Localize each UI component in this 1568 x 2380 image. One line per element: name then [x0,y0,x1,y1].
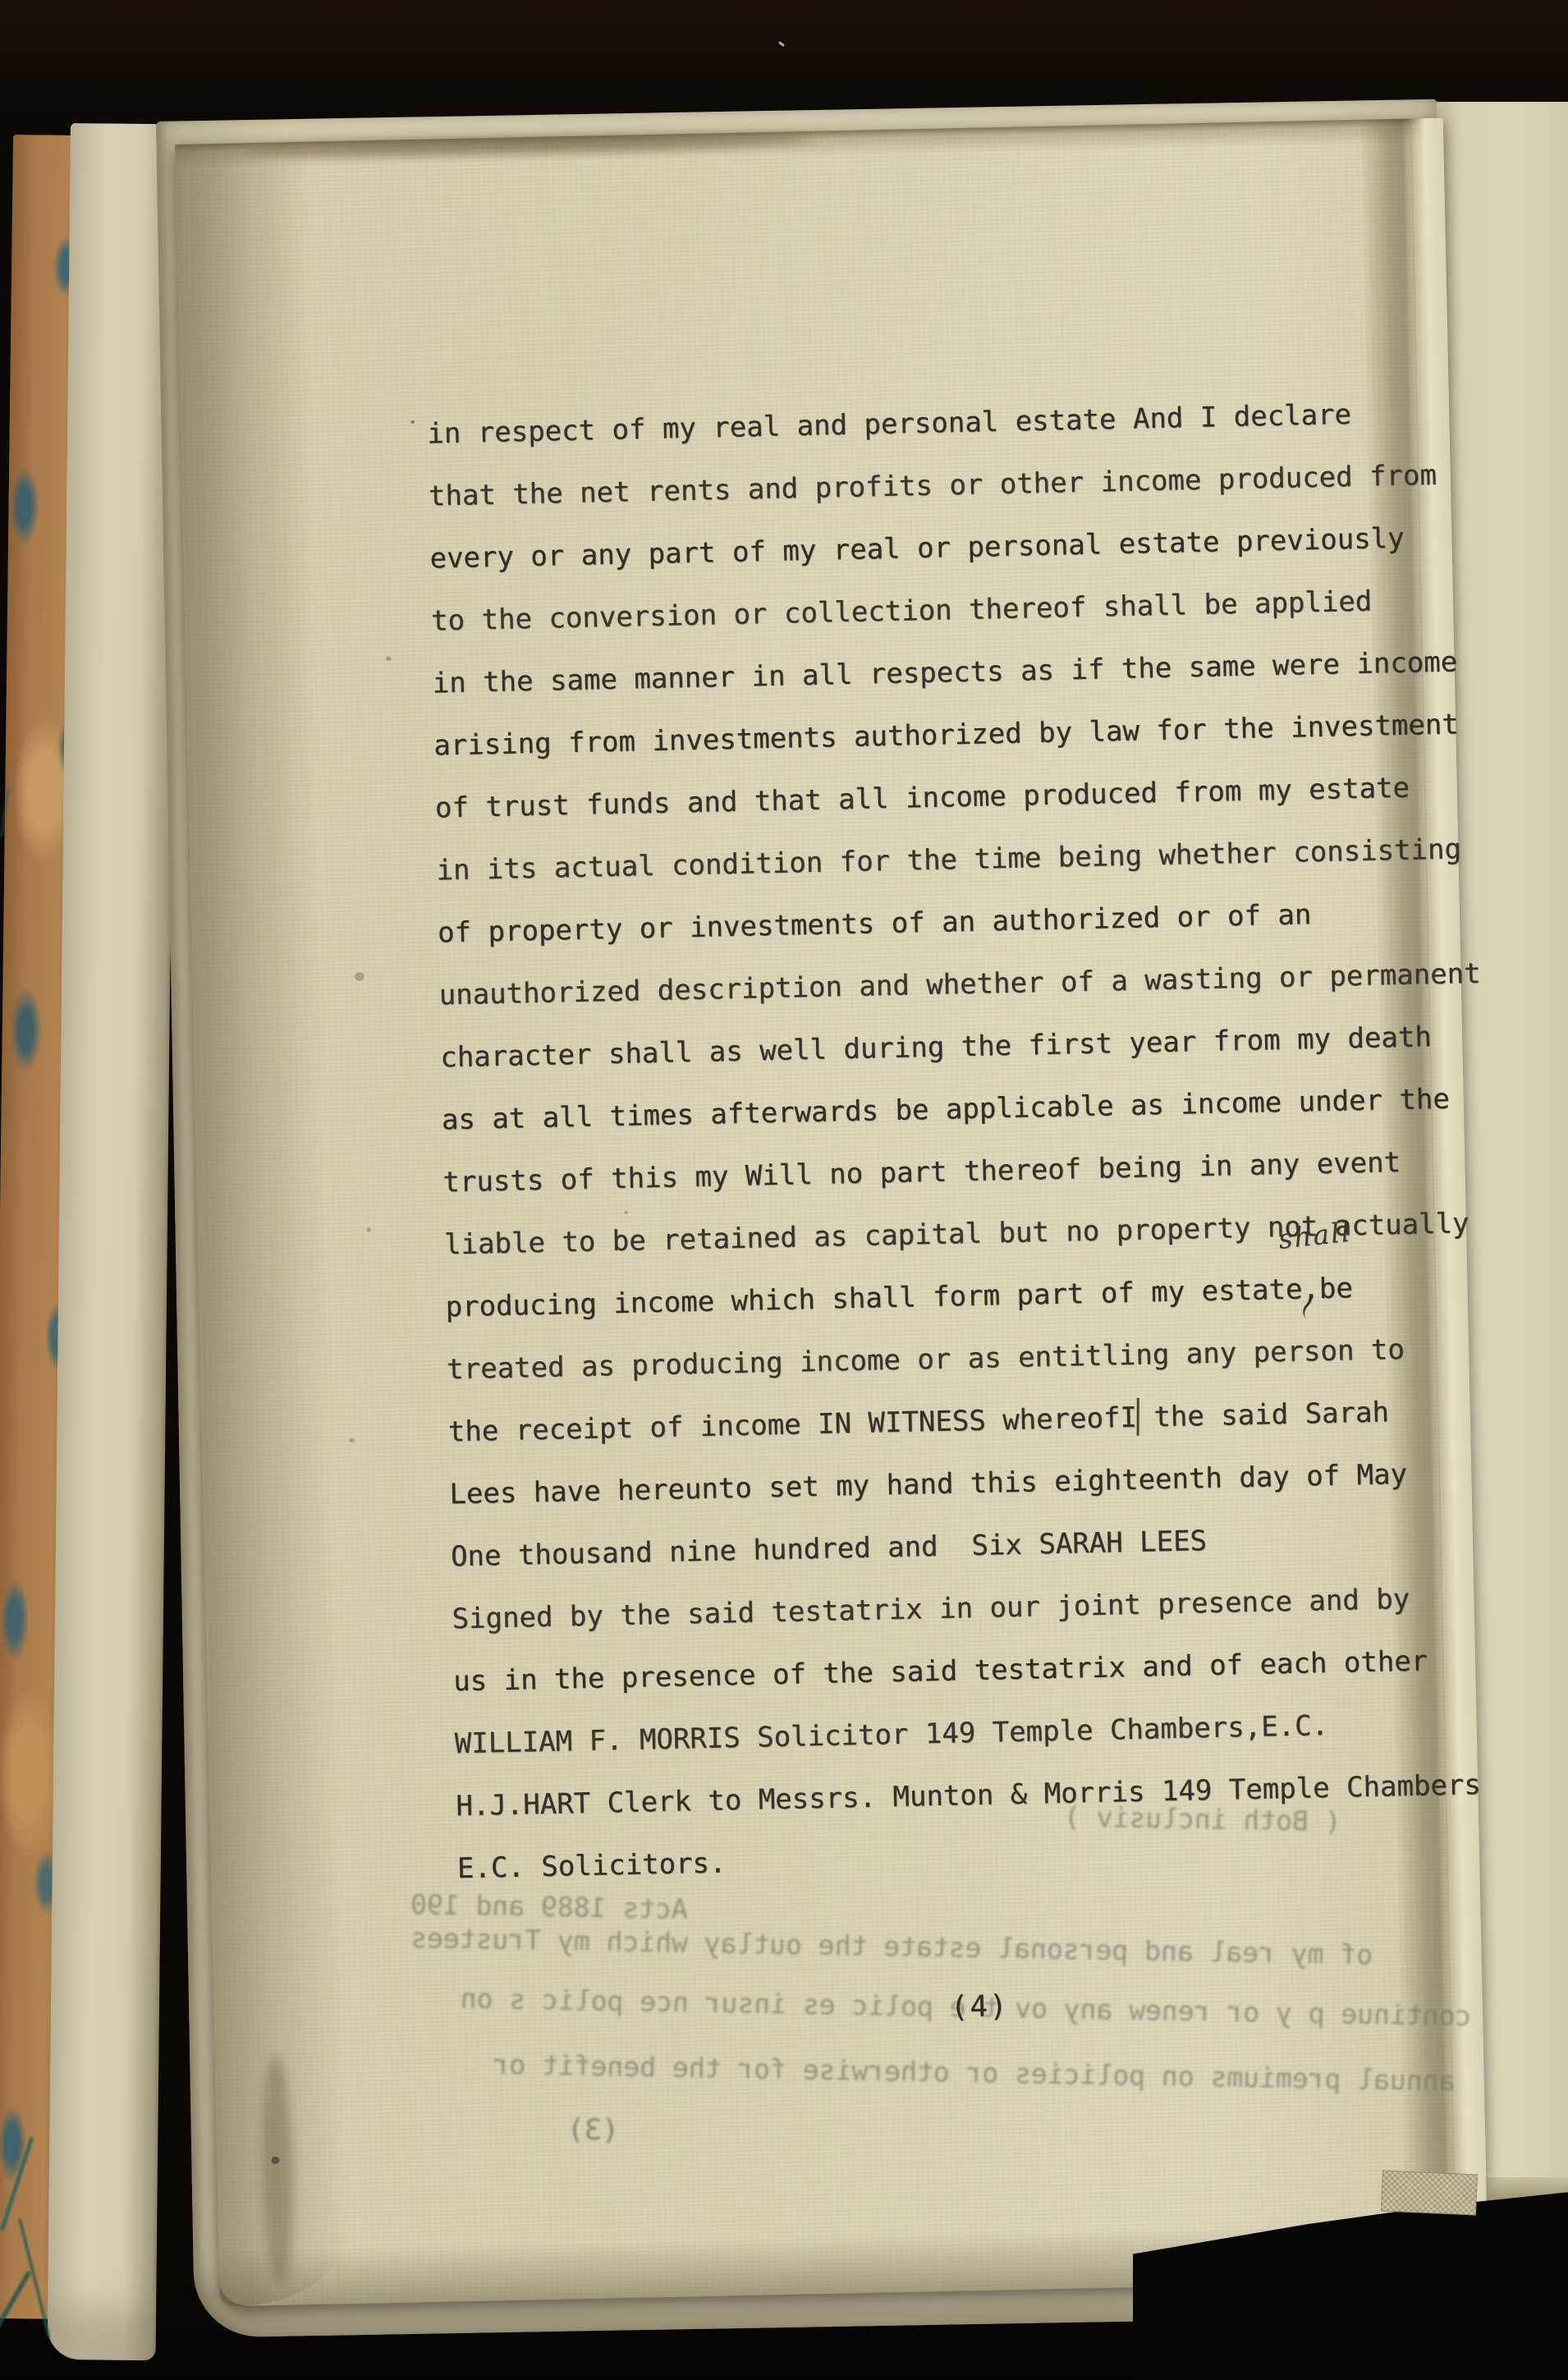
tape-fragment [1381,2170,1478,2215]
bleedthrough-line: annual premiums on policies or otherwise… [493,2051,1456,2094]
book-photo: { "document": { "kind": "typewritten wil… [0,0,1568,2380]
document-page: ( Both inclusiv ) Acts 1889 and 190 of m… [175,118,1488,2307]
age-speck [367,1227,371,1231]
typed-line-segment: producing income which shall form part o… [445,1273,1319,1323]
page-number: (4) [950,1975,1010,2038]
age-speck [410,420,415,424]
folded-page-edge [47,123,179,2360]
typed-text: in respect of my real and personal estat… [427,381,1500,1900]
age-speck [355,972,364,980]
overstrike-mark [1137,1398,1139,1436]
age-speck [349,1438,355,1442]
handwritten-word: shall [1277,1218,1353,1252]
bleedthrough-line: of my real and personal estate the outla… [410,1924,1373,1968]
typed-line-segment: be [1319,1272,1354,1305]
typed-line-segment: the receipt of income IN WITNESS whereof… [447,1396,1389,1448]
handwritten-insertion: shallbe [1318,1257,1354,1320]
age-speck [386,657,391,661]
reverse-page-number: (3) [566,2116,619,2145]
